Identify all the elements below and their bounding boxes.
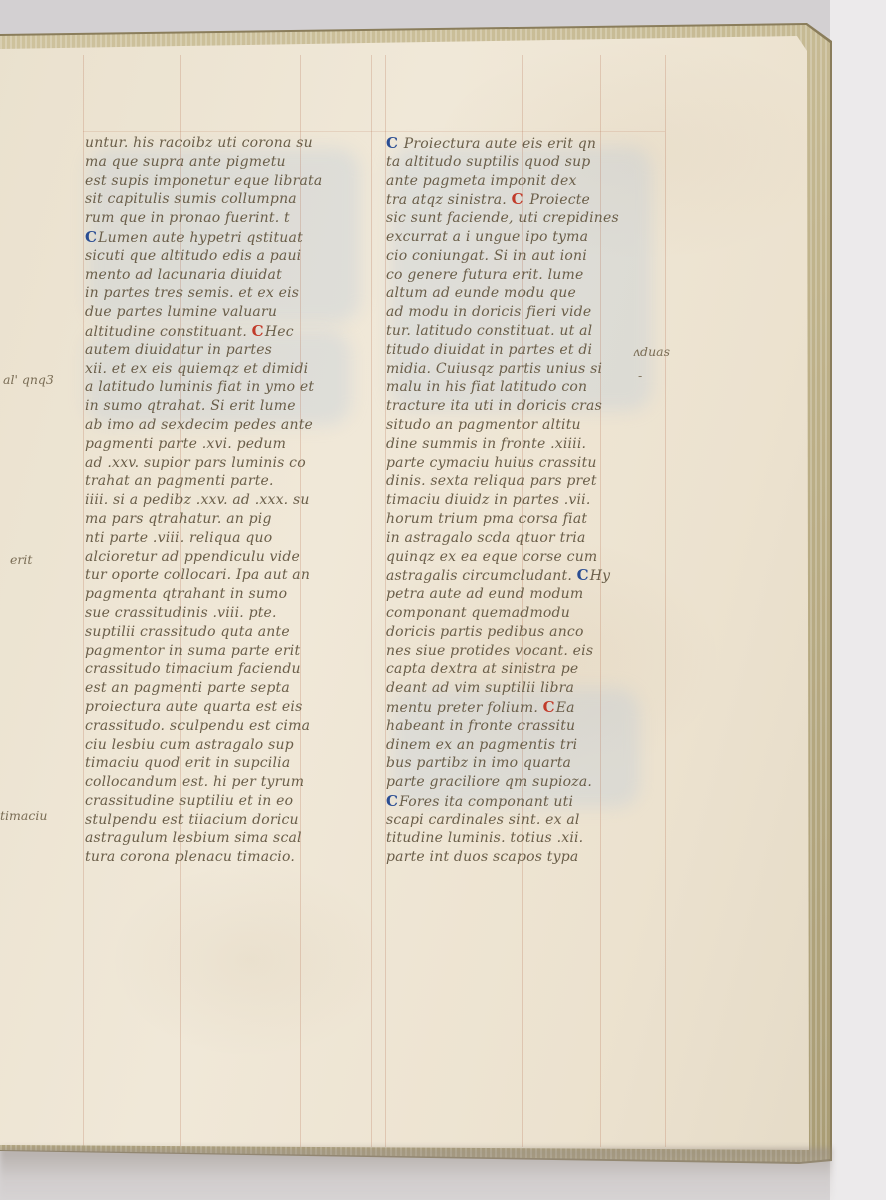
manuscript-line: situdo an pagmentor altitu xyxy=(386,416,678,435)
manuscript-line: sue crassitudinis .viii. pte. xyxy=(85,604,377,623)
manuscript-line: mento ad lacunaria diuidat xyxy=(85,266,377,285)
manuscript-line: scapi cardinales sint. ex al xyxy=(386,811,678,830)
manuscript-line: componant quemadmodu xyxy=(386,604,678,623)
manuscript-line: cio coniungat. Si in aut ioni xyxy=(386,247,678,266)
manuscript-line: a latitudo luminis fiat in ymo et xyxy=(85,378,377,397)
manuscript-line: timaciu diuidz in partes .vii. xyxy=(386,491,678,510)
manuscript-line: untur. his racoibz uti corona su xyxy=(85,134,377,153)
marginal-note: timaciu xyxy=(0,808,47,823)
capitulum-mark-red: C xyxy=(543,698,556,716)
parchment-page: untur. his racoibz uti corona suma que s… xyxy=(0,0,886,1200)
manuscript-line: ciu lesbiu cum astragalo sup xyxy=(85,736,377,755)
capitulum-mark-blue: C xyxy=(577,566,590,584)
manuscript-line: dinis. sexta reliqua pars pret xyxy=(386,472,678,491)
capitulum-mark-red: C xyxy=(252,322,265,340)
manuscript-line: dine summis in fronte .xiiii. xyxy=(386,435,678,454)
marginal-note: al' qnq3 xyxy=(3,372,54,387)
manuscript-line: ta altitudo suptilis quod sup xyxy=(386,153,678,172)
manuscript-text: Proiectura aute eis erit qn xyxy=(399,136,596,152)
manuscript-line: excurrat a i ungue ipo tyma xyxy=(386,228,678,247)
manuscript-line: in sumo qtrahat. Si erit lume xyxy=(85,397,377,416)
manuscript-line: astragulum lesbium sima scal xyxy=(85,829,377,848)
manuscript-line: parte cymaciu huius crassitu xyxy=(386,454,678,473)
manuscript-line: xii. et ex eis quiemqz et dimidi xyxy=(85,360,377,379)
manuscript-line: pagmentor in suma parte erit xyxy=(85,642,377,661)
manuscript-line: tura corona plenacu timacio. xyxy=(85,848,377,867)
manuscript-line: proiectura aute quarta est eis xyxy=(85,698,377,717)
capitulum-mark-red: C xyxy=(512,190,525,208)
manuscript-text: astragalis circumcludant. xyxy=(386,568,577,584)
text-column-right: C Proiectura aute eis erit qnta altitudo… xyxy=(386,134,678,867)
manuscript-text: Proiecte xyxy=(525,192,590,208)
manuscript-line: C Proiectura aute eis erit qn xyxy=(386,134,678,153)
manuscript-line: pagmenti parte .xvi. pedum xyxy=(85,435,377,454)
marginal-note: - xyxy=(638,368,642,383)
manuscript-line: crassitudo timacium faciendu xyxy=(85,660,377,679)
manuscript-line: deant ad vim suptilii libra xyxy=(386,679,678,698)
manuscript-line: tracture ita uti in doricis cras xyxy=(386,397,678,416)
manuscript-line: due partes lumine valuaru xyxy=(85,303,377,322)
manuscript-line: CLumen aute hypetri qstituat xyxy=(85,228,377,247)
manuscript-line: tur. latitudo constituat. ut al xyxy=(386,322,678,341)
manuscript-text: altitudine constituant. xyxy=(85,324,252,340)
manuscript-text: mentu preter folium. xyxy=(386,700,543,716)
manuscript-line: co genere futura erit. lume xyxy=(386,266,678,285)
capitulum-mark-blue: C xyxy=(85,228,98,246)
manuscript-line: est an pagmenti parte septa xyxy=(85,679,377,698)
manuscript-line: ad modu in doricis fieri vide xyxy=(386,303,678,322)
manuscript-line: ma pars qtrahatur. an pig xyxy=(85,510,377,529)
manuscript-line: tur oporte collocari. Ipa aut an xyxy=(85,566,377,585)
manuscript-line: sicuti que altitudo edis a paui xyxy=(85,247,377,266)
manuscript-line: mentu preter folium. CEa xyxy=(386,698,678,717)
manuscript-line: sit capitulis sumis collumpna xyxy=(85,190,377,209)
manuscript-line: dinem ex an pagmentis tri xyxy=(386,736,678,755)
manuscript-text: Fores ita componant uti xyxy=(399,794,573,810)
manuscript-line: pagmenta qtrahant in sumo xyxy=(85,585,377,604)
manuscript-text: Ea xyxy=(556,700,575,716)
manuscript-line: autem diuidatur in partes xyxy=(85,341,377,360)
text-column-left: untur. his racoibz uti corona suma que s… xyxy=(85,134,377,867)
manuscript-line: bus partibz in imo quarta xyxy=(386,754,678,773)
manuscript-line: crassitudo. sculpendu est cima xyxy=(85,717,377,736)
manuscript-line: habeant in fronte crassitu xyxy=(386,717,678,736)
marginal-note: erit xyxy=(10,552,32,567)
manuscript-line: suptilii crassitudo quta ante xyxy=(85,623,377,642)
manuscript-line: sic sunt faciende, uti crepidines xyxy=(386,209,678,228)
manuscript-line: tra atqz sinistra. C Proiecte xyxy=(386,190,678,209)
manuscript-line: astragalis circumcludant. CHy xyxy=(386,566,678,585)
ruling-line xyxy=(83,55,84,1147)
manuscript-line: ab imo ad sexdecim pedes ante xyxy=(85,416,377,435)
manuscript-line: petra aute ad eund modum xyxy=(386,585,678,604)
book-shadow xyxy=(0,1148,832,1200)
background-right xyxy=(830,0,886,1200)
manuscript-line: stulpendu est tiiacium doricu xyxy=(85,811,377,830)
manuscript-line: ma que supra ante pigmetu xyxy=(85,153,377,172)
manuscript-line: CFores ita componant uti xyxy=(386,792,678,811)
manuscript-photo: untur. his racoibz uti corona suma que s… xyxy=(0,0,886,1200)
manuscript-line: malu in his fiat latitudo con xyxy=(386,378,678,397)
manuscript-line: quinqz ex ea eque corse cum xyxy=(386,548,678,567)
manuscript-line: altum ad eunde modu que xyxy=(386,284,678,303)
manuscript-line: collocandum est. hi per tyrum xyxy=(85,773,377,792)
manuscript-line: ad .xxv. supior pars luminis co xyxy=(85,454,377,473)
manuscript-line: ante pagmeta imponit dex xyxy=(386,172,678,191)
manuscript-line: titudine luminis. totius .xii. xyxy=(386,829,678,848)
manuscript-line: altitudine constituant. CHec xyxy=(85,322,377,341)
capitulum-mark-blue: C xyxy=(386,134,399,152)
manuscript-text: Hy xyxy=(590,568,611,584)
manuscript-line: rum que in pronao fuerint. t xyxy=(85,209,377,228)
manuscript-line: doricis partis pedibus anco xyxy=(386,623,678,642)
manuscript-line: in astragalo scda qtuor tria xyxy=(386,529,678,548)
manuscript-line: alcioretur ad ppendiculu vide xyxy=(85,548,377,567)
manuscript-line: nes siue protides vocant. eis xyxy=(386,642,678,661)
manuscript-line: parte int duos scapos typa xyxy=(386,848,678,867)
manuscript-line: in partes tres semis. et ex eis xyxy=(85,284,377,303)
manuscript-line: crassitudine suptiliu et in eo xyxy=(85,792,377,811)
manuscript-line: nti parte .viii. reliqua quo xyxy=(85,529,377,548)
manuscript-line: capta dextra at sinistra pe xyxy=(386,660,678,679)
manuscript-text: Hec xyxy=(265,324,294,340)
capitulum-mark-blue: C xyxy=(386,792,399,810)
marginal-note: ʌduas xyxy=(633,344,670,359)
manuscript-line: trahat an pagmenti parte. xyxy=(85,472,377,491)
manuscript-line: parte graciliore qm supioza. xyxy=(386,773,678,792)
manuscript-line: timaciu quod erit in supcilia xyxy=(85,754,377,773)
manuscript-line: est supis imponetur eque librata xyxy=(85,172,377,191)
manuscript-line: midia. Cuiusqz partis unius si xyxy=(386,360,678,379)
manuscript-line: horum trium pma corsa fiat xyxy=(386,510,678,529)
ruling-line xyxy=(83,131,665,132)
manuscript-text: Lumen aute hypetri qstituat xyxy=(98,230,303,246)
manuscript-line: iiii. si a pedibz .xxv. ad .xxx. su xyxy=(85,491,377,510)
manuscript-text: tra atqz sinistra. xyxy=(386,192,512,208)
